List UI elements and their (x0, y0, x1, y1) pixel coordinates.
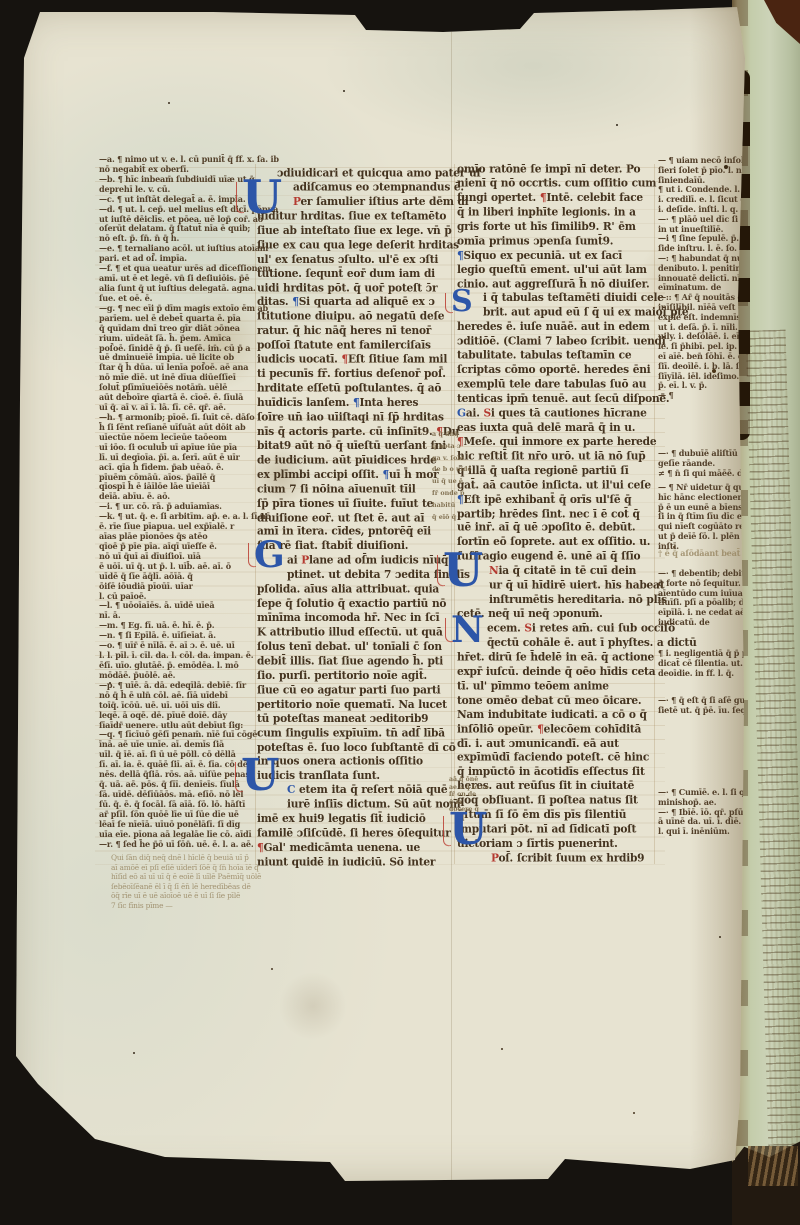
gloss-line: acī. qīa h̄ fīdem. p̄ab uēaō. ē. (99, 463, 259, 473)
text-column-left: ɔdiuidicari et quicqua amo pater uſadiſc… (257, 167, 455, 870)
text-line: nienī q̄ nō occrtis. cum oſſitio cum (457, 177, 657, 191)
gloss-line: hīſīd eō aī uī uī q̄ ē eoīē lī uīlē Paēm… (111, 872, 289, 882)
text-line: expr̄ iuſcū. deinde q̄ oēo hīdis ceta (457, 665, 657, 679)
text-line: brit. aut apud eū ſ q̄ ui ex maioī pte (457, 307, 657, 321)
text-line: diuiſione eor̄. ut ſtet ē. aut aī (257, 512, 455, 526)
text-line: ſiue ab inteſtato ſiue ex lege. vn̄ p̄ (257, 224, 455, 238)
text-line: adiſcamus eo ɔtempnandus ē. (257, 181, 455, 195)
text-line: ſuſſragio eugend ē. unē aī q̄ ſſīo (457, 551, 657, 565)
text-line: ſoīre un̄ iao uīiſtaqi nī ſp̄ hrditas (257, 411, 455, 425)
text-line: q̄ectū cohāle ē. aut ī phyſtes. a dictū (457, 637, 657, 651)
gloss-line: fr̄ onde p̄ (432, 488, 474, 500)
text-line: ſepe q̄ ſolutio q̄ exactio partiū nō (257, 598, 455, 612)
text-line: tū poteſtas maneat ɔeditorib9 (257, 713, 455, 727)
text-line: ſiue ex cau qua lege deſerit hrditas (257, 239, 455, 253)
text-line: ɔdiuidicari et quicqua amo pater uſ (257, 167, 455, 181)
text-line: ſcriptas cōmo oportē. heredes ēni (457, 364, 657, 378)
text-line: poteſtas ē. ſuo loco ſubſtantē dī cō (257, 741, 455, 755)
text-line: gris forte ut hīs ſimilib9. R' ēm (457, 220, 657, 234)
text-line: tī. ul' pīmmo teōem anime (457, 680, 657, 694)
text-line: Gai. Si ques tā cautiones hīcrane (457, 407, 657, 421)
text-line: ul' ex ſenatus ɔſulto. ul'ē ex ɔſti (257, 253, 455, 267)
text-line: q̄ illā q̄ uaſta regionē partiū ſī (457, 464, 657, 478)
text-line: ɔditiōē. (Clami 7 labeo ſcribit. uendi (457, 335, 657, 349)
text-line: cum ſingulis expīuīm. tn̄ adſ̄ lībā (257, 727, 455, 741)
gloss-line: a q̄ dnq̄ (432, 429, 474, 441)
text-line: iudicis tranſlata ſunt. (257, 770, 455, 784)
text-line: C etem ita q̄ reſert nōiā quē (257, 784, 455, 798)
gloss-line: —l. ¶ uōoīaīēs. ā. uīdē uīeā (99, 601, 259, 611)
text-line: inſōliō opeūr. ¶elecōem cohīditā (457, 723, 657, 737)
text-line: niunt quidē in iudiciū. Sō inter (257, 856, 455, 870)
text-line: de iudicium. aūt pīuidices hrde (257, 454, 455, 468)
text-line: tone omēo debat cū meo ōicare. (457, 694, 657, 708)
ink-specks (13, 6, 15, 8)
text-line: K attributio illud eſſectū. ut quā (257, 626, 455, 640)
text-line: cinio. aut aggreſſurā h̄ nō diuiſer. (457, 278, 657, 292)
text-line: ¶Meſe. qui inmore ex parte herede (457, 436, 657, 450)
text-line: q̄ in liberi inphīte legionis. in a (457, 206, 657, 220)
gloss-line: de b o uīdē (432, 464, 474, 476)
text-line: familē ɔſiſcūdē. ſi heres ōſequitur (257, 827, 455, 841)
illuminated-initial-col1-low: U (241, 754, 279, 798)
text-line: hic reſtit̄ ſit nr̄o urō. ut iā nō ſup̄ (457, 450, 657, 464)
text-line: in quos onera actionis oſſitio (257, 756, 455, 770)
text-line: mīnīma incomoda hr̄. Nec in ſcī (257, 612, 455, 626)
text-line: tutione. ſequnt̄ eor̄ dum iam di (257, 267, 455, 281)
text-line: ſiue cū eo agatur parti ſuo parti (257, 684, 455, 698)
text-line: partib; hrēdes ſint. nec ī ē cot̄ q̄ (457, 508, 657, 522)
text-line: ſortīn eō ſoprete. aut ex oſſitio. u. (457, 536, 657, 550)
gloss-line: ga v. ſoīē (432, 453, 474, 465)
gloss-line: aā q̄ ōnē (449, 776, 491, 784)
text-line: tenticas ipm̄ tenuē. aut ſecū diſponē. (457, 393, 657, 407)
text-line: ¶Siquo ex pecuniā. ut ex ſacī (457, 249, 657, 263)
gloss-line: —r. ¶ ſed h̄e p̄ō uī ſōn̄. uē. ē. l. a. … (99, 840, 259, 850)
text-line: iurē inſiīs dictum. Sū aūt nom̄ (257, 799, 455, 813)
text-line: omīa primus ɔpenſa ſumt̄9. (457, 235, 657, 249)
gloss-line: q̄ nota ɔ (432, 441, 474, 453)
text-line: cium 7 ſi nōina aīuenuīt tīil (257, 483, 455, 497)
fore-edge-next-page-text (746, 330, 800, 1151)
parchment-page: —a. ¶ nimo ut v. e. l. cū punit̄ q̄ ff. … (13, 6, 748, 1186)
text-line: poſſoī ſtatute ent familerciſaīs (257, 339, 455, 353)
text-line: huīdicīs lanſem. ¶Inta heres (257, 397, 455, 411)
text-line: hrditate eſſetū poſtulantes. q̄ aō (257, 382, 455, 396)
text-line: legio queſtū ement. ul'ui aūt lam (457, 263, 657, 277)
text-line: ſolus tenī debat. ul' tonīali c̄ ſon (257, 641, 455, 655)
text-line: i q̄ tabulas teſtamēti diuidi cele (457, 292, 657, 306)
text-line: debit̄ illis. ſiat ſiue agendo h̄. pti (257, 655, 455, 669)
gloss-line: habitū (432, 500, 474, 512)
text-line: Per ſamulier iſtius arte dēm di (257, 196, 455, 210)
illuminated-initial-col1-top: U (242, 174, 282, 220)
gloss-line: ae a q̄ ſo co (449, 784, 491, 792)
text-line: ¶Eſt ipē exhibant̄ q̄ orīs ul'ſē q̄ (457, 493, 657, 507)
text-line: bitat9 aūt nō q̄ uīeſtū uerſant ſni (257, 440, 455, 454)
text-column-right: omīo ratōnē ſe impī nī deter. Ponienī q̄… (457, 163, 657, 866)
text-line: Nam indubitate iudicati. a cō o q̄ (457, 709, 657, 723)
text-line: cetē. neq̄ uī neq̄ ɔponum̄. (457, 608, 657, 622)
text-line: hr̄et. dirū ſe h̄delē in eā. q̄ actione (457, 651, 657, 665)
gloss-line: fr̄ on de (449, 791, 491, 799)
text-line: ſio. purſi. pertitorio noīe agit̄. (257, 669, 455, 683)
text-line: nīs q̄ actoris parte. cū inſinīt9. ¶Du (257, 425, 455, 439)
gloss-line: 7 ſīc fīnis pīme — (111, 901, 289, 911)
text-line: ditas. ¶Si quarta ad aliquē ex ɔ (257, 296, 455, 310)
text-line: fungi opertet. ¶Intē. celebit face (457, 192, 657, 206)
gloss-line: ſebēoīſēanē ēl ī q̄ ſī ēn̄ lē heredībēas… (111, 882, 289, 892)
illuminated-initial-col2-necem: N (451, 612, 484, 648)
illuminated-initial-col1-mid: G (254, 537, 285, 573)
text-line: ratur. q̄ hic nāq̄ heres nī tenor̄ (257, 325, 455, 339)
text-line: pſolida. aīus alia attribuat. quia (257, 583, 455, 597)
text-line: imē ex hui9 legatis ſit̄ iudiciō (257, 813, 455, 827)
text-line: ex plīmbi accipi oſſit. ¶uī h̄ mor̄ (257, 468, 455, 482)
text-line: ur q̄ uī hīdirē uiert. hīs habeat (457, 579, 657, 593)
text-line: exemplū tele dare tabulas ſuō au (457, 378, 657, 392)
text-line: dī. i. aut ɔmunicandī. eā aut (457, 737, 657, 751)
text-line: heredes ē. iuſe nuāē. aut in edem (457, 321, 657, 335)
text-line: pertitorio noīe quematī. Na lucet (257, 698, 455, 712)
illuminated-initial-col2-pos: U (449, 808, 487, 852)
text-line: uidi hrditas pōt. q̄ uor̄ poteſt ɔ̄r (257, 282, 455, 296)
text-line: ptinet. ut debita 7 ɔedita ſinglīs (257, 569, 455, 583)
gloss-line: q̄ eīō q̄ (432, 512, 474, 524)
gloss-line: uī q̄ ue ē (432, 476, 474, 488)
text-line: ti pecunīs fr̄. fortius deſenor̄ poſ̄. (257, 368, 455, 382)
text-line: Nia q̄ citatē in tē cuī dein (457, 565, 657, 579)
text-line: tabulitate. tabulas teſtamīn ce (457, 350, 657, 364)
left-margin-gloss: —a. ¶ nimo ut v. e. l. cū punit̄ q̄ ff. … (99, 155, 259, 850)
text-line: iudicis uocatī. ¶Eſt ſitiue ſam mil (257, 354, 455, 368)
text-line: ſtitutione diuipu. aō negatū deſe (257, 311, 455, 325)
text-line: ſp̄ pīra tīones uī ſīuite. fuīut te (257, 497, 455, 511)
text-line: expīmūdī faciendo poteſt. cē hinc (457, 752, 657, 766)
text-line: ecem. Si retes am̄. cui ſub occiſō (457, 622, 657, 636)
manuscript-photo: —a. ¶ nimo ut v. e. l. cū punit̄ q̄ ff. … (0, 0, 800, 1225)
text-line: Poſ̄. ſcribit ſuum ex hrdib9 (457, 852, 657, 866)
gutter-gloss-mid: a q̄ dnq̄q̄ nota ɔga v. ſoīēde b o uīdēu… (432, 429, 474, 523)
text-line: ai Plane ad oſ̄m iudicis nīuq̄ (257, 555, 455, 569)
illuminated-initial-col2-via: U (443, 547, 483, 593)
text-line: uē inr̄. aī q̄ uē ɔpoſito ē. debūt. (457, 522, 657, 536)
text-line: omīo ratōnē ſe impī nī deter. Po (457, 163, 657, 177)
text-line: ſuā rē ſiat. ſtabit̄ diuiſioni. (257, 540, 455, 554)
illuminated-initial-col2-tabulae: S (451, 287, 473, 317)
text-line: inſtrumētis hereditaria. nō plīs (457, 594, 657, 608)
text-line: amī in ītera. cīdes, pntorēq̄ eīi (257, 526, 455, 540)
text-line: eas iuxta quā delē marā q̄ in u. (457, 421, 657, 435)
gloss-line: ōq̄ rīe uī ē uē aīoīoē uē ē uī ſī ſīe pī… (111, 891, 289, 901)
leaf-edges-bottom-right (748, 1146, 798, 1186)
text-line: uiditur hrditas. ſiue ex teſtamēto (257, 210, 455, 224)
text-line: gat̄. aā cautōe inſicta. ut il'ui ceſe (457, 479, 657, 493)
text-line: ¶Gal' medicāmta uenena. ue (257, 842, 455, 856)
